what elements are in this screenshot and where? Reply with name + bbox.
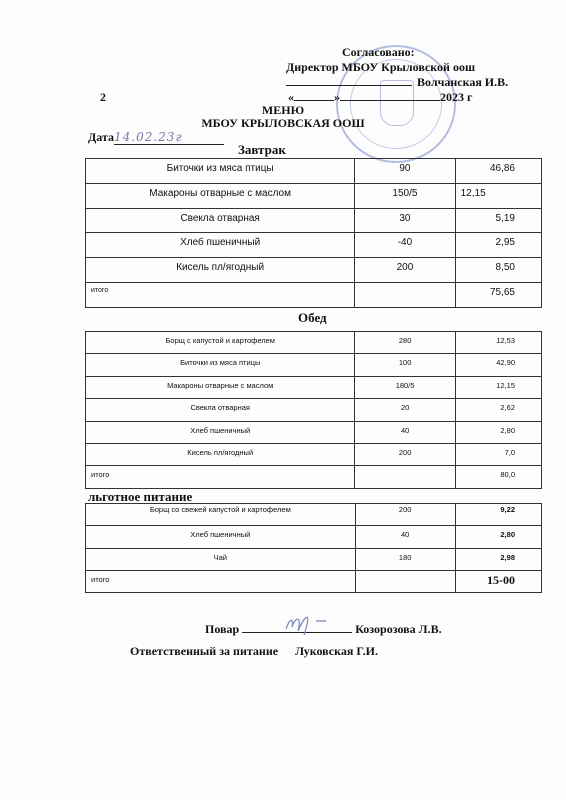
dish-name: Кисель пл/ягодный — [86, 258, 355, 283]
dish-price: 42,90 — [455, 354, 541, 376]
dish-price: 46,86 — [455, 159, 541, 184]
total-label: итого — [86, 570, 356, 592]
dish-portion: 100 — [355, 354, 455, 376]
table-row: Биточки из мяса птицы10042,90 — [86, 354, 542, 376]
table-row: Борщ со свежей капустой и картофелем2009… — [86, 504, 542, 526]
total-portion — [355, 570, 455, 592]
total-value: 80,0 — [455, 466, 541, 488]
responsible-name: Луковская Г.И. — [295, 644, 378, 658]
approval-year: 2023 г — [440, 90, 472, 104]
dish-price: 2,80 — [455, 526, 541, 548]
breakfast-table: Биточки из мяса птицы9046,86 Макароны от… — [85, 158, 542, 308]
approval-name: Волчанская И.В. — [417, 75, 508, 89]
dish-name: Свекла отварная — [86, 208, 355, 233]
dish-price: 12,15 — [455, 376, 541, 398]
dish-price: 2,98 — [455, 548, 541, 570]
benefit-table: Борщ со свежей капустой и картофелем2009… — [85, 503, 542, 593]
dish-portion: 200 — [355, 258, 455, 283]
dish-portion: 180/5 — [355, 376, 455, 398]
section-title-breakfast: Завтрак — [238, 142, 286, 158]
cook-signature-line — [242, 621, 352, 633]
table-row: Макароны отварные с маслом180/512,15 — [86, 376, 542, 398]
total-portion — [355, 466, 455, 488]
dish-price: 7,0 — [455, 443, 541, 465]
dish-portion: 40 — [355, 526, 455, 548]
dish-price: 12,15 — [455, 183, 541, 208]
approval-title: Согласовано: — [342, 45, 415, 59]
total-row: итого15-00 — [86, 570, 542, 592]
date-value: 14.02.23г — [114, 130, 224, 145]
lunch-table: Борщ с капустой и картофелем28012,53 Бит… — [85, 331, 542, 489]
dish-name: Чай — [86, 548, 356, 570]
dish-name: Макароны отварные с маслом — [86, 183, 355, 208]
table-row: Кисель пл/ягодный2007,0 — [86, 443, 542, 465]
section-title-lunch: Обед — [298, 310, 327, 326]
dish-price: 2,95 — [455, 233, 541, 258]
dish-portion: -40 — [355, 233, 455, 258]
approval-signature-line — [286, 85, 412, 86]
table-row: Хлеб пшеничный-402,95 — [86, 233, 542, 258]
table-row: Свекла отварная202,62 — [86, 399, 542, 421]
dish-portion: 20 — [355, 399, 455, 421]
total-label: итого — [86, 282, 355, 307]
dish-portion: 90 — [355, 159, 455, 184]
dish-price: 2,80 — [455, 421, 541, 443]
total-row: итого80,0 — [86, 466, 542, 488]
responsible-label: Ответственный за питание — [130, 644, 278, 658]
dish-portion: 200 — [355, 443, 455, 465]
dish-portion: 150/5 — [355, 183, 455, 208]
date-label: Дата — [88, 130, 114, 144]
dish-price: 2,62 — [455, 399, 541, 421]
dish-price: 9,22 — [455, 504, 541, 526]
dish-name: Биточки из мяса птицы — [86, 354, 355, 376]
school-name: МБОУ КРЫЛОВСКАЯ ООШ — [0, 117, 566, 130]
total-label: итого — [86, 466, 355, 488]
dish-name: Биточки из мяса птицы — [86, 159, 355, 184]
dish-portion: 40 — [355, 421, 455, 443]
dish-price: 12,53 — [455, 332, 541, 354]
total-value: 75,65 — [455, 282, 541, 307]
date-row: Дата14.02.23г — [88, 130, 224, 145]
table-row: Биточки из мяса птицы9046,86 — [86, 159, 542, 184]
table-row: Кисель пл/ягодный2008,50 — [86, 258, 542, 283]
dish-name: Хлеб пшеничный — [86, 526, 356, 548]
dish-name: Хлеб пшеничный — [86, 421, 355, 443]
day-blank — [294, 89, 334, 101]
page-number: 2 — [100, 90, 106, 105]
dish-price: 8,50 — [455, 258, 541, 283]
total-portion — [355, 282, 455, 307]
total-value: 15-00 — [455, 570, 541, 592]
dish-name: Борщ со свежей капустой и картофелем — [86, 504, 356, 526]
table-row: Макароны отварные с маслом150/512,15 — [86, 183, 542, 208]
responsible-row: Ответственный за питание Луковская Г.И. — [130, 644, 378, 659]
dish-name: Макароны отварные с маслом — [86, 376, 355, 398]
cook-label: Повар — [205, 622, 239, 636]
month-blank — [340, 89, 440, 101]
dish-name: Свекла отварная — [86, 399, 355, 421]
dish-portion: 200 — [355, 504, 455, 526]
table-row: Борщ с капустой и картофелем28012,53 — [86, 332, 542, 354]
table-row: Чай1802,98 — [86, 548, 542, 570]
table-row: Свекла отварная305,19 — [86, 208, 542, 233]
cook-name: Козорозова Л.В. — [355, 622, 441, 636]
dish-portion: 180 — [355, 548, 455, 570]
dish-portion: 280 — [355, 332, 455, 354]
total-row: итого75,65 — [86, 282, 542, 307]
dish-price: 5,19 — [455, 208, 541, 233]
dish-name: Борщ с капустой и картофелем — [86, 332, 355, 354]
dish-portion: 30 — [355, 208, 455, 233]
dish-name: Кисель пл/ягодный — [86, 443, 355, 465]
approval-date: «»2023 г — [288, 89, 472, 104]
table-row: Хлеб пшеничный402,80 — [86, 421, 542, 443]
dish-name: Хлеб пшеничный — [86, 233, 355, 258]
handwritten-signature-icon — [282, 611, 332, 639]
approval-director: Директор МБОУ Крыловской оош — [286, 60, 475, 74]
table-row: Хлеб пшеничный402,80 — [86, 526, 542, 548]
cook-signature-row: Повар Козорозова Л.В. — [205, 621, 442, 637]
